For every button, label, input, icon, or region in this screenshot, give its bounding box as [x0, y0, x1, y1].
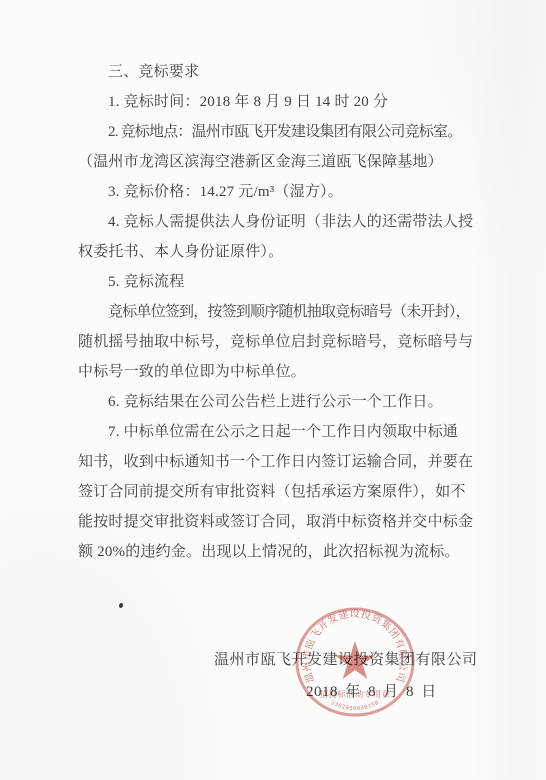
seal-center-label: 招投标活动专用章 — [320, 689, 391, 699]
text-line-item4: 4. 竞标人需提供法人身份证明（非法人的还需带法人授 — [78, 207, 480, 237]
text-line-item1: 1. 竞标时间：2018 年 8 月 9 日 14 时 20 分 — [78, 87, 480, 117]
text-line-item7-cont2: 签订合同前提交所有审批资料（包括承运方案原件），如不 — [78, 477, 480, 507]
svg-text:3302660030158: 3302660030158 — [330, 700, 381, 712]
scanned-document-page: 三、竞标要求 1. 竞标时间：2018 年 8 月 9 日 14 时 20 分 … — [0, 0, 546, 780]
text-line-flow3: 中标号一致的单位即为中标单位。 — [78, 357, 480, 387]
text-line-item7-cont3: 能按时提交审批资料或签订合同，取消中标资格并交中标金 — [78, 507, 480, 537]
text-line-item7-cont1: 知书，收到中标通知书一个工作日内签订运输合同，并要在 — [78, 447, 480, 477]
seal-star-icon — [335, 641, 375, 679]
text-line-item3: 3. 竞标价格：14.27 元/m³（湿方）。 — [78, 177, 480, 207]
section-heading: 三、竞标要求 — [78, 57, 480, 87]
text-line-item2: 2. 竞标地点：温州市瓯飞开发建设集团有限公司竞标室。 — [78, 117, 480, 147]
text-line-flow1: 竞标单位签到，按签到顺序随机抽取竞标暗号（未开封）， — [78, 297, 480, 327]
seal-serial-number: 3302660030158 — [330, 700, 381, 712]
text-line-item7-cont4: 额 20%的违约金。出现以上情况的，此次招标视为流标。 — [78, 537, 480, 567]
text-line-flow2: 随机摇号抽取中标号，竞标单位启封竞标暗号，竞标暗号与 — [78, 327, 480, 357]
text-line-item6: 6. 竞标结果在公司公告栏上进行公示一个工作日。 — [78, 387, 480, 417]
text-line-item7: 7. 中标单位需在公示之日起一个工作日内领取中标通 — [78, 417, 480, 447]
text-line-item5: 5. 竞标流程 — [78, 267, 480, 297]
document-body: 三、竞标要求 1. 竞标时间：2018 年 8 月 9 日 14 时 20 分 … — [78, 57, 480, 567]
company-seal-stamp-icon: 温州市瓯飞开发建设投资集团有限公司 招投标活动专用章 3302660030158 — [293, 605, 417, 719]
text-line-item4-cont: 权委托书、本人身份证原件）。 — [78, 237, 480, 267]
text-line-item2-cont: （温州市龙湾区滨海空港新区金海三道瓯飞保障基地） — [78, 147, 480, 177]
ink-dot — [118, 602, 123, 608]
